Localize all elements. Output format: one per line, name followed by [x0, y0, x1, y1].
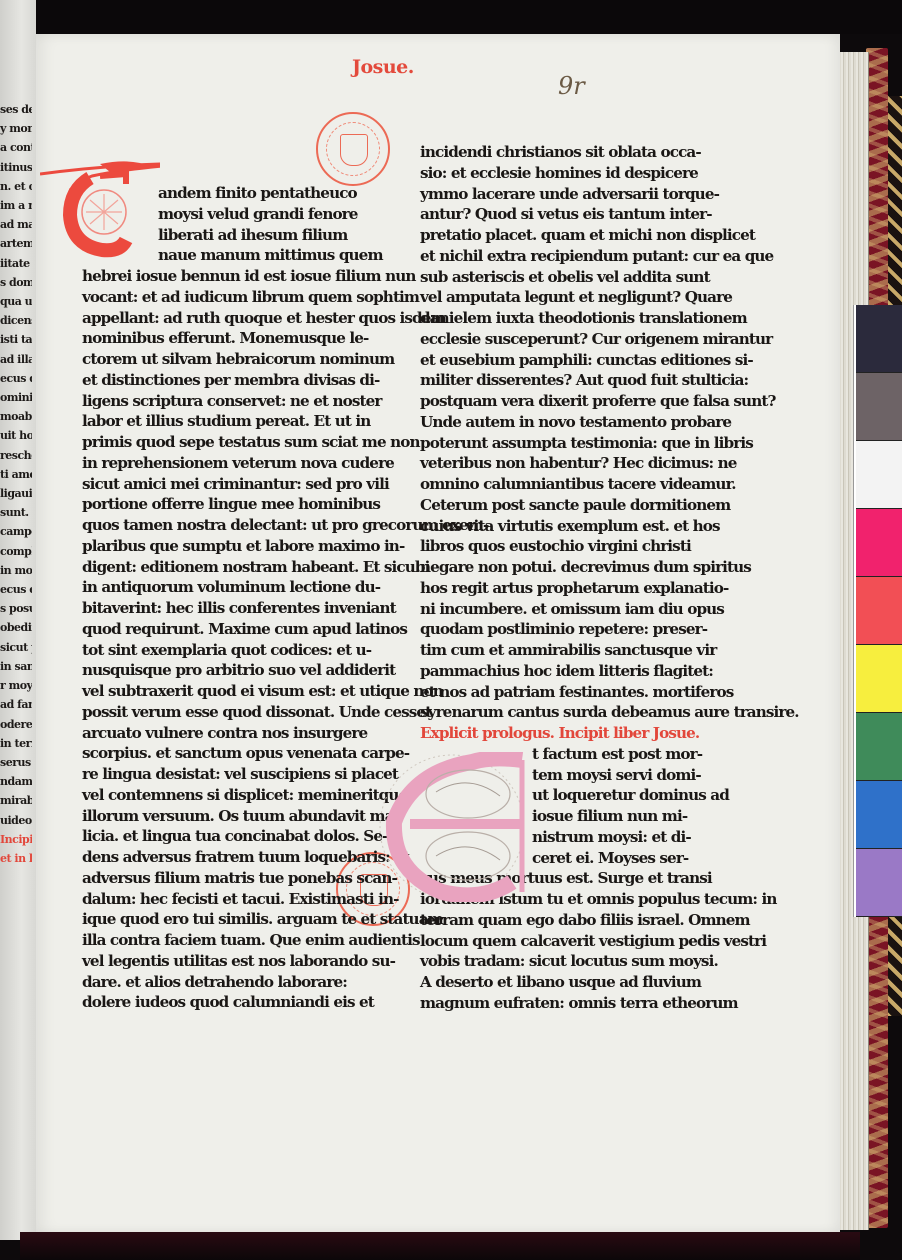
folio-number: 9r	[558, 72, 585, 100]
fragment-rubric-line: et in libro	[0, 849, 32, 868]
text-line: tim cum et ammirabilis sanctusque vir	[420, 640, 695, 661]
text-line: militer disserentes? Aut quod fuit stult…	[420, 370, 695, 391]
text-line: plaribus que sumptu et labore maximo in-	[82, 536, 354, 557]
fragment-line: campestr	[0, 522, 32, 541]
fragment-line: s posuit	[0, 599, 32, 618]
text-line: Ceterum post sancte paule dormitionem	[420, 495, 695, 516]
text-line: re lingua desistat: vel suscipiens si pl…	[82, 764, 354, 785]
text-line: quod requirunt. Maxime cum apud latinos	[82, 619, 354, 640]
text-line: pammachius hoc idem litteris flagitet:	[420, 661, 695, 682]
text-line: appellant: ad ruth quoque et hester quos…	[82, 308, 354, 329]
fragment-line: omini cu	[0, 388, 32, 407]
dark-background-top	[0, 0, 902, 34]
text-line: dolere iudeos quod calumniandi eis et	[82, 992, 354, 1013]
text-line: ni incumbere. et omissum iam diu opus	[420, 599, 695, 620]
text-line: pretatio placet. quam et michi non displ…	[420, 225, 695, 246]
text-line: licia. et lingua tua concinabat dolos. S…	[82, 826, 354, 847]
text-line: vel legentis utilitas est nos laborando …	[82, 951, 354, 972]
text-line: vocant: et ad iudicum librum quem sophti…	[82, 287, 354, 308]
text-line: ecclesie susceperunt? Cur origenem miran…	[420, 329, 695, 350]
text-line: hebrei iosue bennun id est iosue filium …	[82, 266, 354, 287]
text-line: vel subtraxerit quod ei visum est: et ut…	[82, 681, 354, 702]
fragment-line: dicens. E	[0, 311, 32, 330]
text-line: nominibus efferunt. Monemusque le-	[82, 328, 354, 349]
text-line: incidendi christianos sit oblata occa-	[420, 142, 695, 163]
swatch-purple	[856, 849, 902, 917]
text-line: postquam vera dixerit proferre que falsa…	[420, 391, 695, 412]
text-line: tot sint exemplaria quot codices: et u-	[82, 640, 354, 661]
text-line: terram quam ego dabo filiis israel. Omne…	[420, 910, 695, 931]
swatch-green	[856, 713, 902, 781]
fragment-line: ligauir	[0, 484, 32, 503]
running-head: Josue.	[352, 56, 414, 78]
text-line: arcuato vulnere contra nos insurgere	[82, 723, 354, 744]
text-line: vel contemnens si displicet: memineritqu…	[82, 785, 354, 806]
fragment-line: in terra	[0, 734, 32, 753]
fragment-line: moab m	[0, 407, 32, 426]
text-line: cuius vita virtutis exemplum est. et hos	[420, 516, 695, 537]
text-line: sub asteriscis et obelis vel addita sunt	[420, 267, 695, 288]
fragment-line: a contra	[0, 138, 32, 157]
text-line: liberati ad ihesum filium	[82, 225, 354, 246]
fragment-line: ti amori	[0, 465, 32, 484]
swatch-magenta	[856, 509, 902, 577]
fragment-line: mirabilia	[0, 791, 32, 810]
text-line: A deserto et libano usque ad fluvium	[420, 972, 695, 993]
text-line: illa contra faciem tuam. Que enim audien…	[82, 930, 354, 951]
text-line: hos regit artus prophetarum explanatio-	[420, 578, 695, 599]
fragment-line: compli h	[0, 542, 32, 561]
text-line: veteribus non habentur? Hec dicimus: ne	[420, 453, 695, 474]
fragment-line: ad illam.	[0, 350, 32, 369]
text-line: ique quod ero tui similis. arguam te et …	[82, 909, 354, 930]
text-line: magnum eufraten: omnis terra etheorum	[420, 993, 695, 1014]
text-line: sicut amici mei criminantur: sed pro vil…	[82, 474, 354, 495]
text-line: andem finito pentatheuco	[82, 183, 354, 204]
text-line: syrenarum cantus surda debeamus aure tra…	[420, 702, 695, 723]
fragment-line: itinus om	[0, 158, 32, 177]
text-line: in antiquorum voluminum lectione du-	[82, 577, 354, 598]
text-line: negare non potui. decrevimus dum spiritu…	[420, 557, 695, 578]
text-line: primis quod sepe testatus sum sciat me n…	[82, 432, 354, 453]
text-line: quodam postliminio repetere: preser-	[420, 619, 695, 640]
swatch-white	[856, 441, 902, 509]
fragment-line: oderendi	[0, 715, 32, 734]
fragment-line: sicut pro	[0, 638, 32, 657]
text-line: vobis tradam: sicut locutus sum moysi.	[420, 951, 695, 972]
illuminated-initial-e-icon	[372, 752, 532, 902]
left-page-text: ses de capy monema contraitinus omn. et …	[0, 100, 32, 868]
fragment-line: serus	[0, 753, 32, 772]
text-line: poterunt assumpta testimonia: que in lib…	[420, 433, 695, 454]
text-line: digent: editionem nostram habeant. Et si…	[82, 557, 354, 578]
text-line: scorpius. et sanctum opus venenata carpe…	[82, 743, 354, 764]
fragment-line: in moysen	[0, 561, 32, 580]
text-line: vel amputata legunt et negligunt? Quare	[420, 287, 695, 308]
text-line: portione offerre lingue mee hominibus	[82, 494, 354, 515]
fragment-line: qua uin	[0, 292, 32, 311]
text-line: antur? Quod si vetus eis tantum inter-	[420, 204, 695, 225]
fragment-line: n. et omi	[0, 177, 32, 196]
text-line: quos tamen nostra delectant: ut pro grec…	[82, 515, 354, 536]
swatch-navy	[856, 305, 902, 373]
fragment-line: iitate pl	[0, 254, 32, 273]
text-line: ctorem ut silvam hebraicorum nominum	[82, 349, 354, 370]
swatch-yellow	[856, 645, 902, 713]
color-calibration-bar	[853, 305, 902, 917]
text-column-left: andem finito pentatheucomoysi velud gran…	[82, 183, 354, 1013]
text-line: dalum: hec fecisti et tacui. Existimasti…	[82, 889, 354, 910]
text-line: moysi velud grandi fenore	[82, 204, 354, 225]
fragment-line: ad man m	[0, 215, 32, 234]
text-line: sio: et ecclesie homines id despicere	[420, 163, 695, 184]
text-line: in reprehensionem veterum nova cudere	[82, 453, 354, 474]
fragment-line: in sanaip	[0, 657, 32, 676]
fragment-line: ndam	[0, 772, 32, 791]
photograph: ses de capy monema contraitinus omn. et …	[0, 0, 902, 1260]
fragment-line: uit hom	[0, 426, 32, 445]
text-line: omnino calumniantibus tacere videamur.	[420, 474, 695, 495]
text-line: dens adversus fratrem tuum loquebaris: e…	[82, 847, 354, 868]
fragment-line: s domini	[0, 273, 32, 292]
text-line: et nichil extra recipiendum putant: cur …	[420, 246, 695, 267]
fragment-line: sunt. Fra	[0, 503, 32, 522]
library-stamp-icon	[316, 112, 390, 186]
fragment-line: y monem	[0, 119, 32, 138]
text-line: ligens scriptura conservet: ne et noster	[82, 391, 354, 412]
text-line: illorum versuum. Os tuum abundavit ma-	[82, 806, 354, 827]
text-line: locum quem calcaverit vestigium pedis ve…	[420, 931, 695, 952]
fragment-line: uideo	[0, 811, 32, 830]
text-line: Unde autem in novo testamento probare	[420, 412, 695, 433]
text-line: adversus filium matris tue ponebas scan-	[82, 868, 354, 889]
dark-background-bottom	[20, 1232, 860, 1260]
text-line: possit verum esse quod dissonat. Unde ce…	[82, 702, 354, 723]
fragment-line: ses de cap	[0, 100, 32, 119]
text-line: libros quos eustochio virgini christi	[420, 536, 695, 557]
fragment-rubric-line: Incipit	[0, 830, 32, 849]
rubric-line: Explicit prologus. Incipit liber Josue.	[420, 723, 695, 744]
fragment-line: obedinn	[0, 618, 32, 637]
fragment-line: artem a l	[0, 234, 32, 253]
fragment-line: r moyse	[0, 676, 32, 695]
text-line: naue manum mittimus quem	[82, 245, 354, 266]
swatch-blue	[856, 781, 902, 849]
text-line: et nos ad patriam festinantes. mortifero…	[420, 682, 695, 703]
text-line: bitaverint: hec illis conferentes inveni…	[82, 598, 354, 619]
text-line: et distinctiones per membra divisas di-	[82, 370, 354, 391]
swatch-gray	[856, 373, 902, 441]
fragment-line: ecus dom	[0, 369, 32, 388]
fragment-line: isti tam	[0, 330, 32, 349]
fragment-line: ad fam	[0, 695, 32, 714]
text-line: et eusebium pamphili: cunctas editiones …	[420, 350, 695, 371]
left-page-fragment: ses de capy monema contraitinus omn. et …	[0, 0, 36, 1240]
text-line: danielem iuxta theodotionis translatione…	[420, 308, 695, 329]
fragment-line: reschemu	[0, 446, 32, 465]
fragment-line: im a mani	[0, 196, 32, 215]
text-line: ymmo lacerare unde adversarii torque-	[420, 184, 695, 205]
text-line: labor et illius studium pereat. Et ut in	[82, 411, 354, 432]
text-line: nusquisque pro arbitrio suo vel addideri…	[82, 660, 354, 681]
text-line: dare. et alios detrahendo laborare:	[82, 972, 354, 993]
fragment-line: ecus est	[0, 580, 32, 599]
swatch-red	[856, 577, 902, 645]
